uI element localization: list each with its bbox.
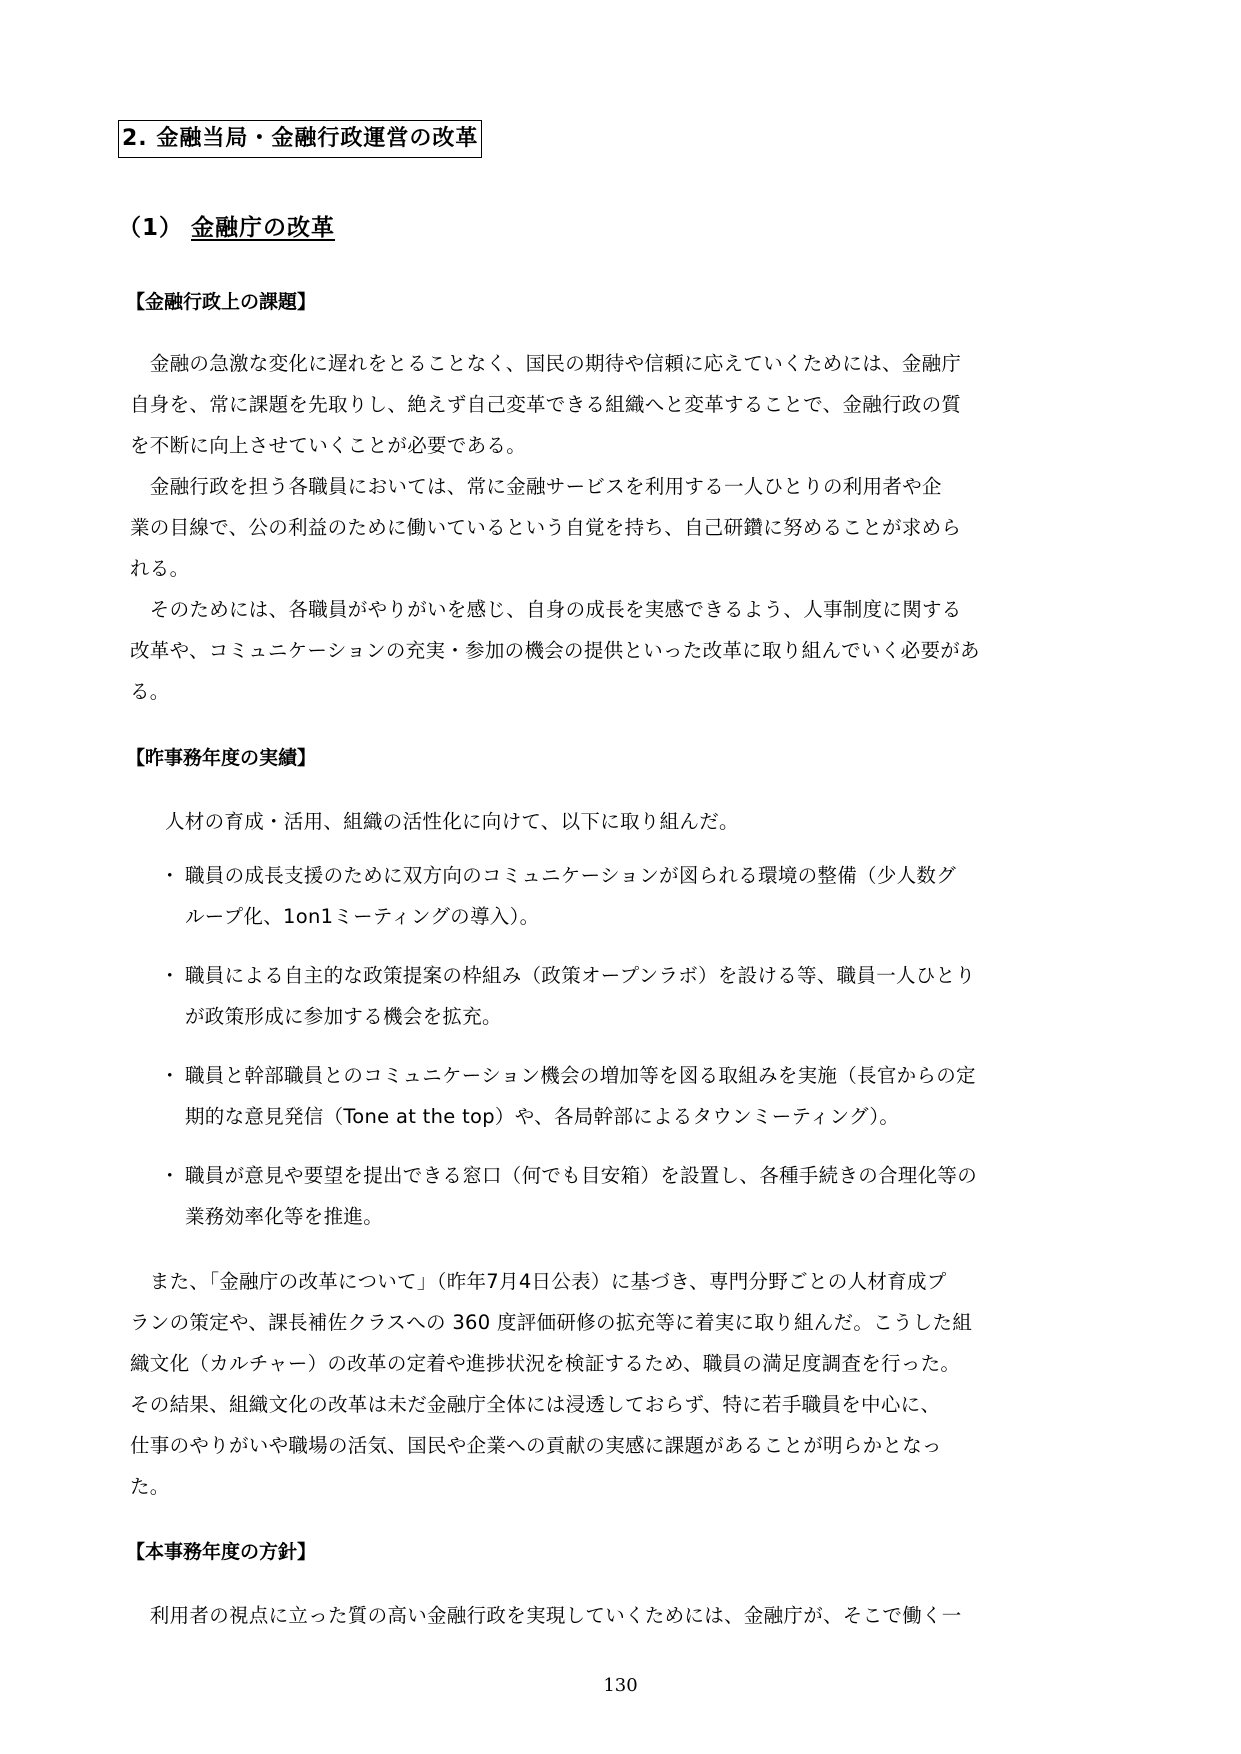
- paragraph-line: 金融行政を担う各職員においては、常に金融サービスを利用する一人ひとりの利用者や企: [130, 473, 942, 501]
- paragraph-line: また、「金融庁の改革について」（昨年7月4日公表）に基づき、専門分野ごとの人材育…: [130, 1268, 947, 1296]
- paragraph-line: を不断に向上させていくことが必要である。: [130, 432, 526, 460]
- heading-results: 【昨事務年度の実績】: [126, 744, 316, 772]
- subsection-number: （1）: [118, 215, 183, 241]
- paragraph-line: る。: [130, 678, 170, 706]
- paragraph-line: 業の目線で、公の利益のために働いているという自覚を持ち、自己研鑽に努めることが求…: [130, 514, 961, 542]
- paragraph-line: れる。: [130, 555, 189, 583]
- heading-policy: 【本事務年度の方針】: [126, 1538, 316, 1566]
- section-title: 2. 金融当局・金融行政運営の改革: [118, 120, 482, 158]
- bullet-line: 職員による自主的な政策提案の枠組み（政策オープンラボ）を設ける等、職員一人ひとり: [185, 962, 975, 990]
- bullet-mark: ・: [160, 1062, 180, 1090]
- paragraph-line: その結果、組織文化の改革は未だ金融庁全体には浸透しておらず、特に若手職員を中心に…: [130, 1391, 940, 1419]
- bullet-mark: ・: [160, 962, 180, 990]
- bullet-line: 業務効率化等を推進。: [185, 1203, 383, 1231]
- paragraph-line: 仕事のやりがいや職場の活気、国民や企業への貢献の実感に課題があることが明らかとな…: [130, 1432, 942, 1460]
- bullet-line: が政策形成に参加する機会を拡充。: [185, 1003, 502, 1031]
- results-intro: 人材の育成・活用、組織の活性化に向けて、以下に取り組んだ。: [165, 808, 739, 836]
- bullet-line: 職員が意見や要望を提出できる窓口（何でも目安箱）を設置し、各種手続きの合理化等の: [185, 1162, 977, 1190]
- paragraph-line: ランの策定や、課長補佐クラスへの 360 度評価研修の拡充等に着実に取り組んだ。…: [130, 1309, 972, 1337]
- bullet-mark: ・: [160, 862, 180, 890]
- paragraph-line: 織文化（カルチャー）の改革の定着や進捗状況を検証するため、職員の満足度調査を行っ…: [130, 1350, 960, 1378]
- subsection-title: （1）金融庁の改革: [118, 212, 335, 244]
- paragraph-line: 改革や、コミュニケーションの充実・参加の機会の提供といった改革に取り組んでいく必…: [130, 637, 980, 665]
- bullet-line: 期的な意見発信（Tone at the top）や、各局幹部によるタウンミーティ…: [185, 1103, 899, 1131]
- paragraph-line: 金融の急激な変化に遅れをとることなく、国民の期待や信頼に応えていくためには、金融…: [130, 350, 961, 378]
- bullet-line: 職員と幹部職員とのコミュニケーション機会の増加等を図る取組みを実施（長官からの定: [185, 1062, 976, 1090]
- paragraph-line: た。: [130, 1473, 170, 1501]
- bullet-mark: ・: [160, 1162, 180, 1190]
- page-number: 130: [0, 1675, 1241, 1696]
- heading-issues: 【金融行政上の課題】: [126, 288, 316, 316]
- bullet-line: ループ化、1on1ミーティングの導入）。: [185, 903, 539, 931]
- subsection-title-text: 金融庁の改革: [191, 215, 335, 241]
- paragraph-line: 利用者の視点に立った質の高い金融行政を実現していくためには、金融庁が、そこで働く…: [130, 1602, 962, 1630]
- paragraph-line: 自身を、常に課題を先取りし、絶えず自己変革できる組織へと変革することで、金融行政…: [130, 391, 961, 419]
- bullet-line: 職員の成長支援のために双方向のコミュニケーションが図られる環境の整備（少人数グ: [185, 862, 956, 890]
- paragraph-line: そのためには、各職員がやりがいを感じ、自身の成長を実感できるよう、人事制度に関す…: [130, 596, 962, 624]
